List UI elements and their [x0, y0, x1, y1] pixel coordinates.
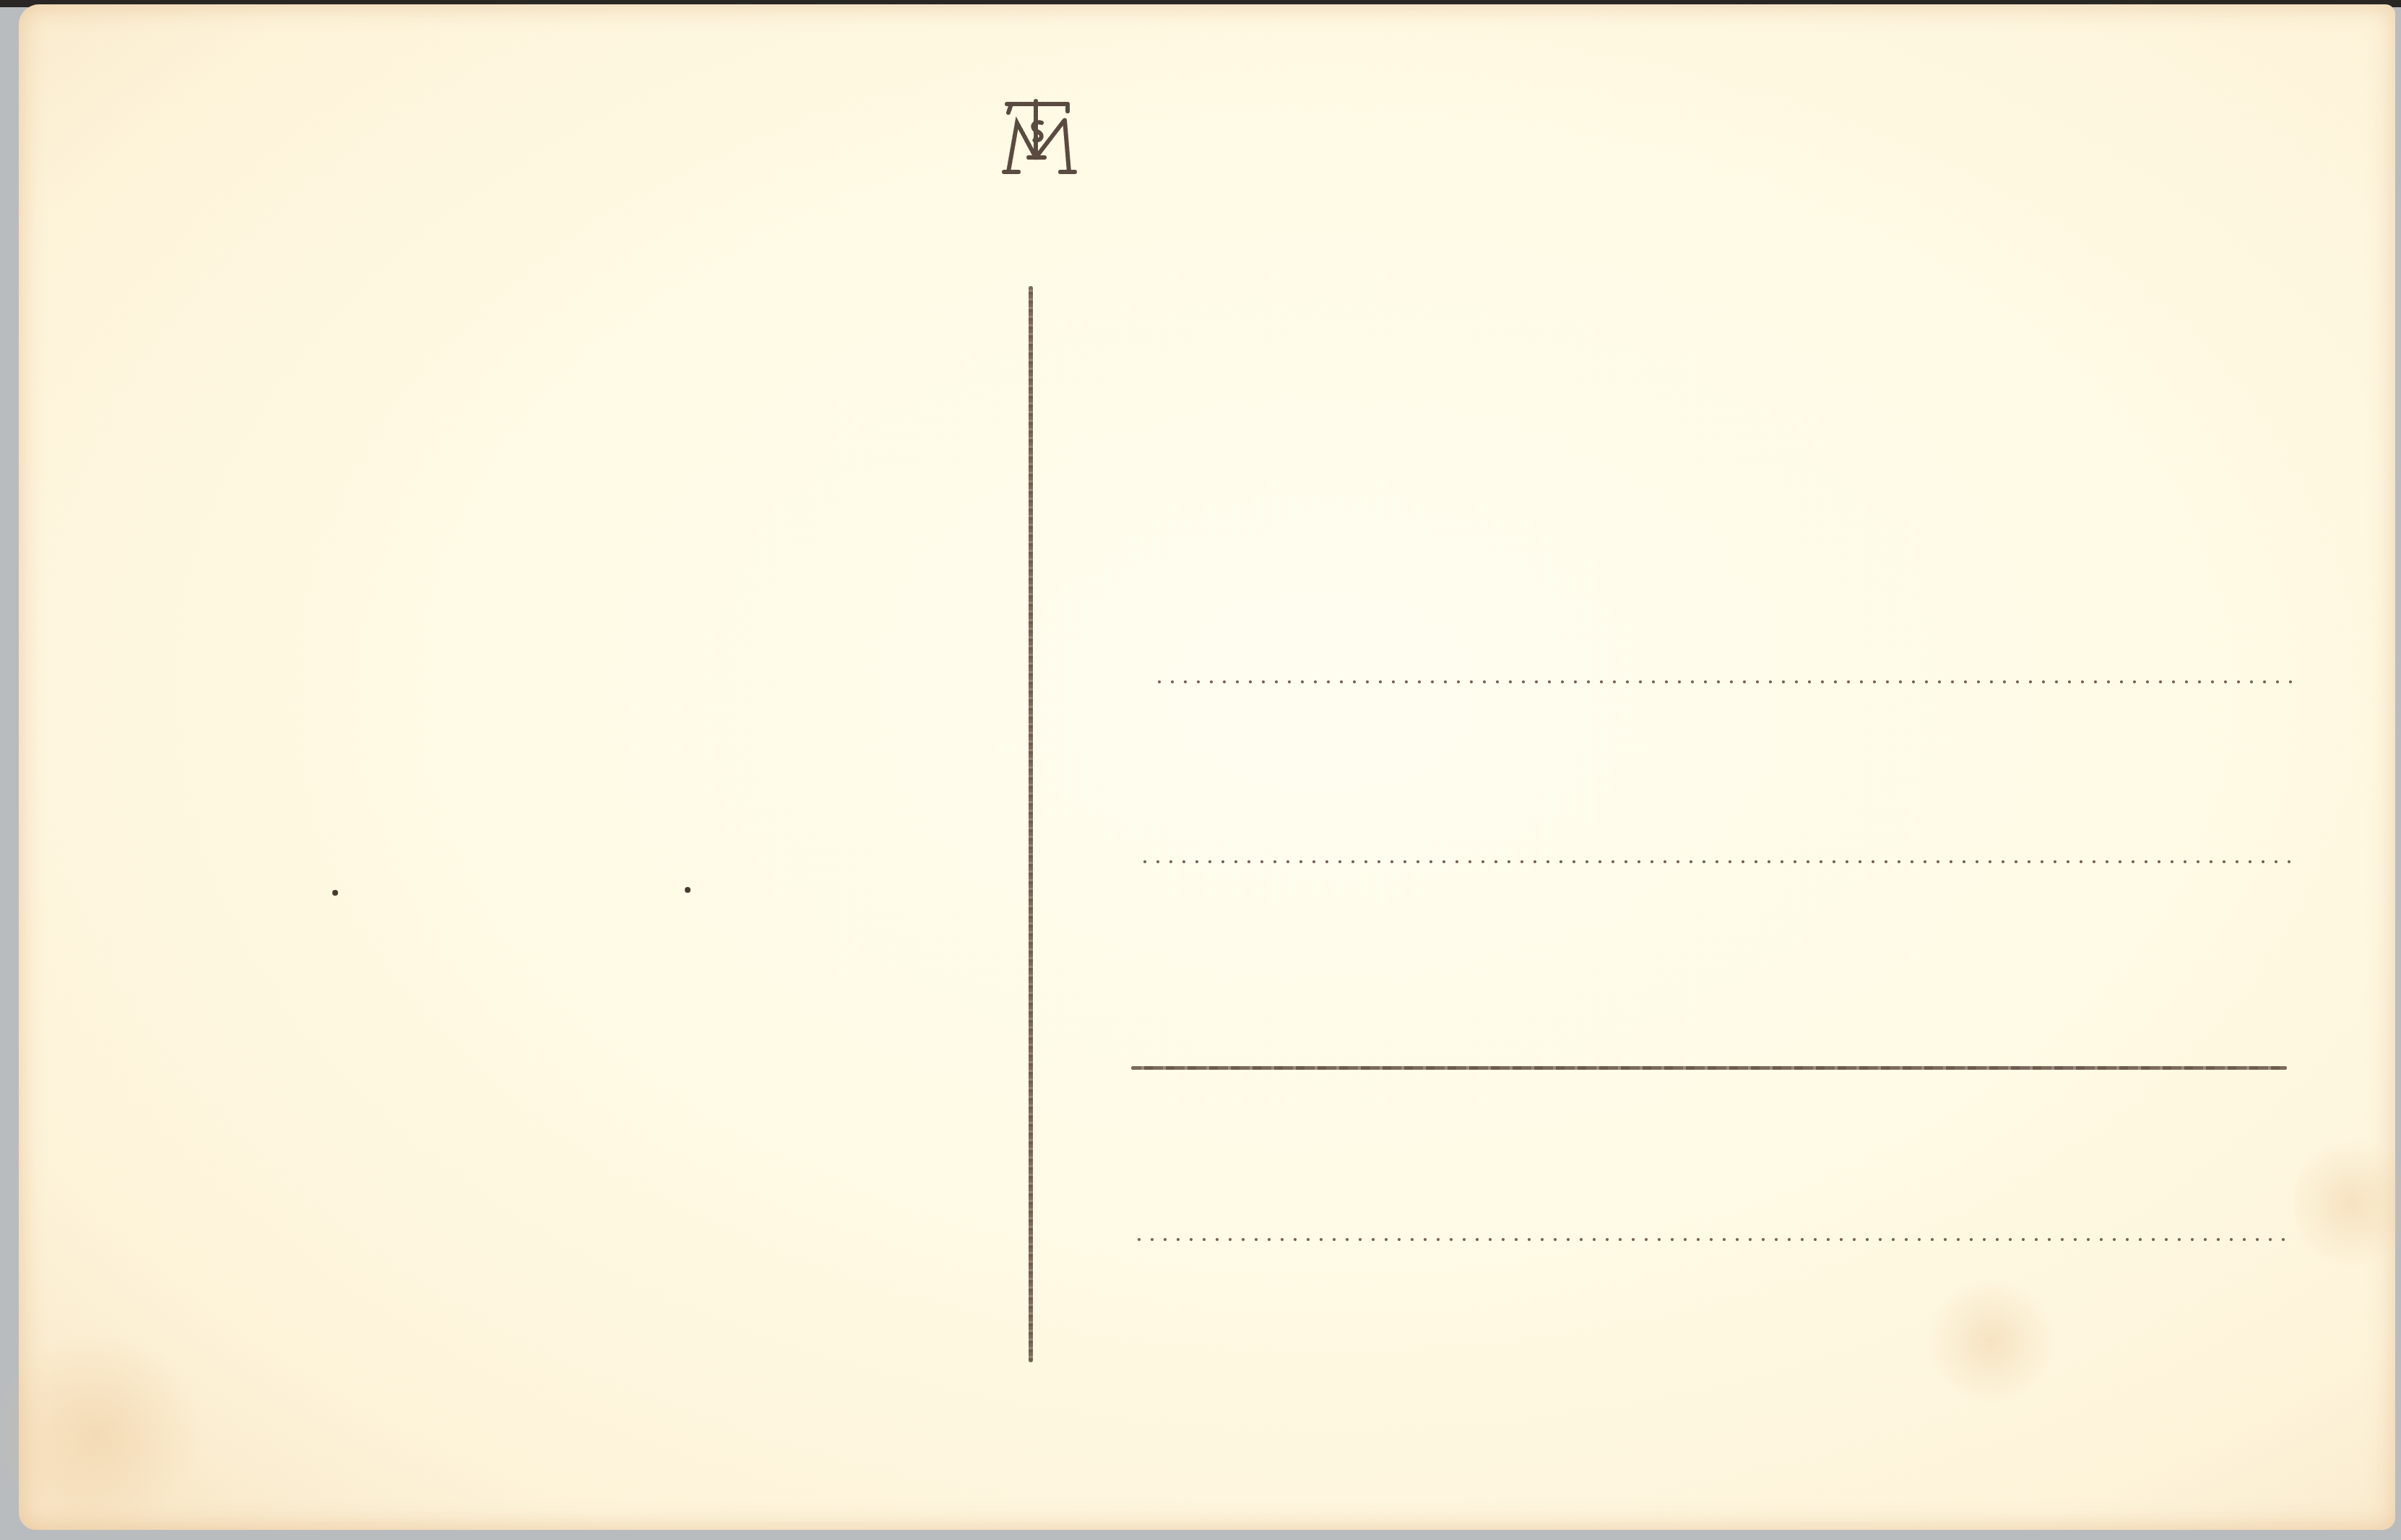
- paper-stain: [1926, 1276, 2056, 1406]
- paper-stain: [2294, 1131, 2401, 1276]
- address-line-1: [1153, 680, 2298, 684]
- address-line-4: [1133, 1237, 2285, 1242]
- postcard-back: [19, 4, 2395, 1530]
- center-divider-line: [1029, 286, 1033, 1362]
- ink-speck: [332, 890, 338, 896]
- publisher-monogram-icon: [1001, 91, 1081, 178]
- ink-speck: [685, 887, 691, 893]
- address-line-2: [1138, 860, 2294, 864]
- paper-stain: [0, 1333, 207, 1536]
- address-line-3: [1131, 1066, 2287, 1070]
